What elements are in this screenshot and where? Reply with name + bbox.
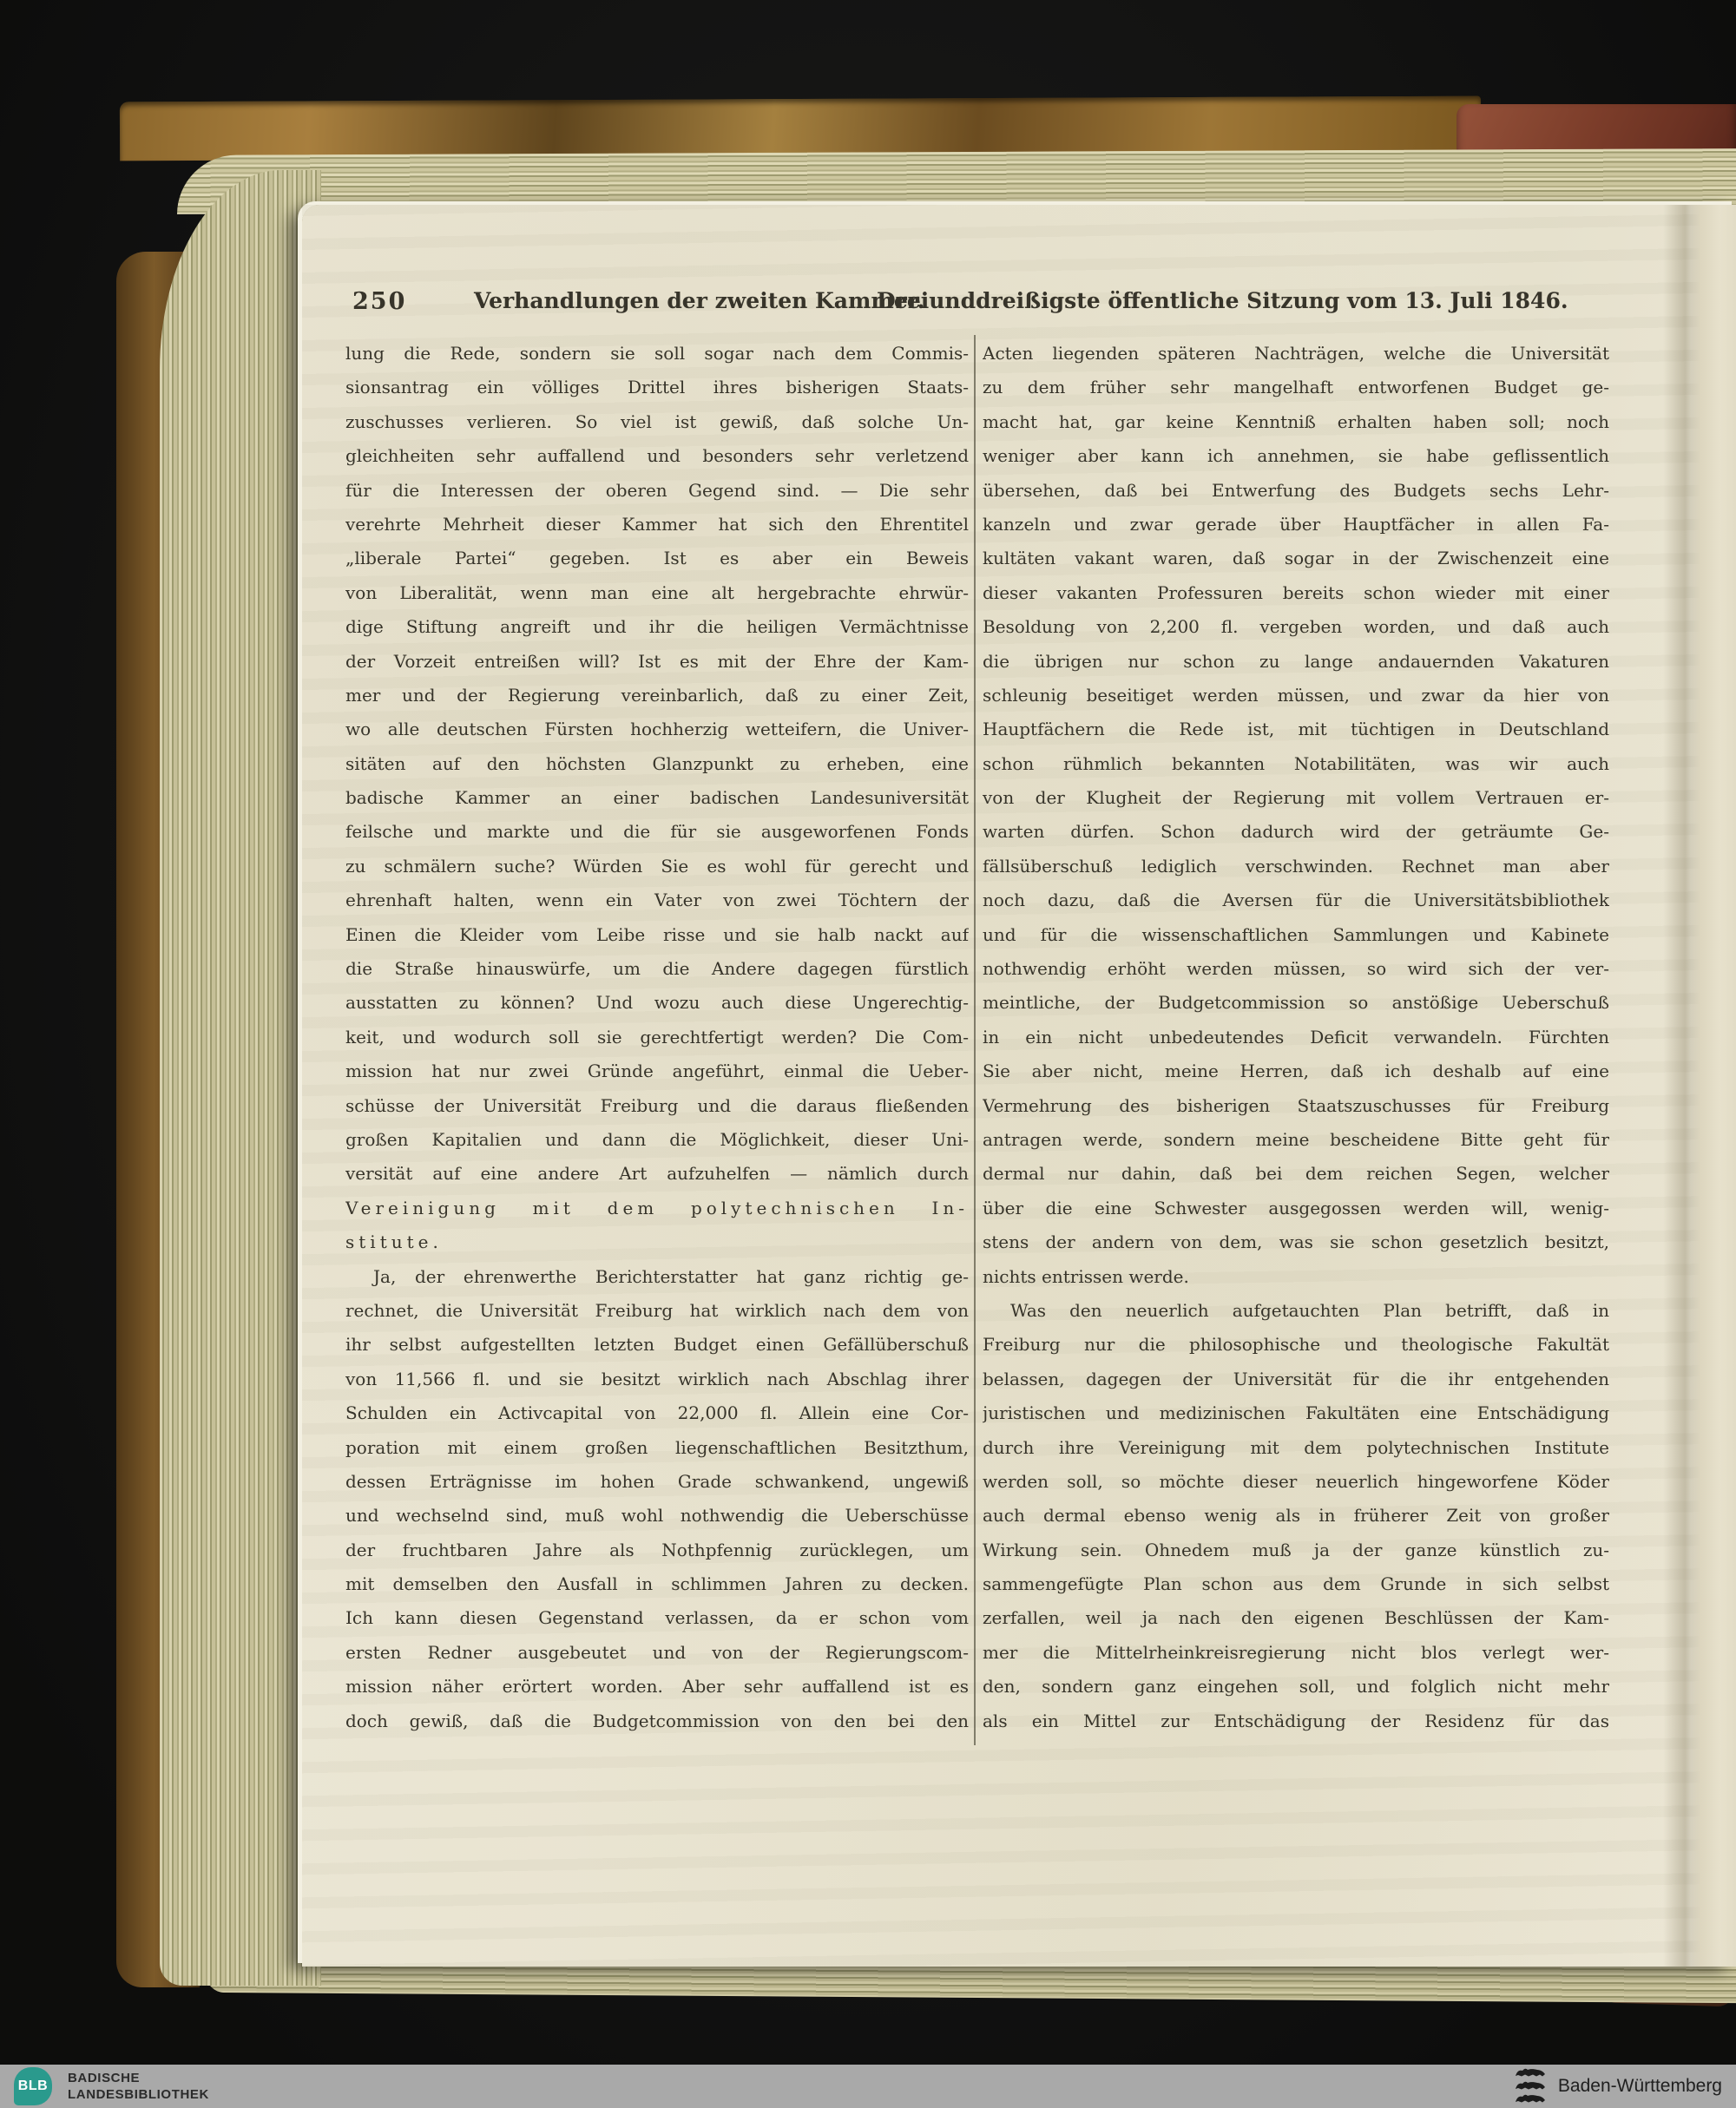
text-line: kanzeln und zwar gerade über Hauptfächer…: [983, 508, 1609, 542]
text-line: ihr selbst aufgestellten letzten Budget …: [345, 1328, 969, 1362]
text-line: keit, und wodurch soll sie gerechtfertig…: [345, 1021, 969, 1054]
text-line: kultäten vakant waren, daß sogar in der …: [983, 542, 1609, 575]
text-line: Freiburg nur die philosophische und theo…: [983, 1328, 1609, 1362]
text-line: rechnet, die Universität Freiburg hat wi…: [345, 1294, 969, 1328]
running-header-session: Dreiunddreißigste öffentliche Sitzung vo…: [877, 288, 1568, 313]
text-line: gleichheiten sehr auffallend und besonde…: [345, 439, 969, 473]
library-brand: BLB BADISCHE LANDESBIBLIOTHEK: [14, 2065, 209, 2108]
text-line: großen Kapitalien und dann die Möglichke…: [345, 1123, 969, 1157]
text-line: ehrenhaft halten, wenn ein Vater von zwe…: [345, 883, 969, 917]
text-line: Wirkung sein. Ohnedem muß ja der ganze k…: [983, 1533, 1609, 1567]
page-number: 250: [352, 288, 406, 315]
text-line: stens der andern von dem, was sie schon …: [983, 1225, 1609, 1259]
text-line: mer die Mittelrheinkreisregierung nicht …: [983, 1636, 1609, 1670]
watermark-footer-bar: BLB BADISCHE LANDESBIBLIOTHEK Baden-Würt…: [0, 2065, 1736, 2108]
text-line: macht hat, gar keine Kenntniß erhalten h…: [983, 405, 1609, 439]
text-line: zerfallen, weil ja nach den eigenen Besc…: [983, 1601, 1609, 1635]
text-column-right: Acten liegenden späteren Nachträgen, wel…: [983, 337, 1609, 1738]
text-line: über die eine Schwester ausgegossen werd…: [983, 1192, 1609, 1225]
text-line: durch ihre Vereinigung mit dem polytechn…: [983, 1431, 1609, 1465]
text-line: lung die Rede, sondern sie soll sogar na…: [345, 337, 969, 371]
text-line: zu dem früher sehr mangelhaft entworfene…: [983, 371, 1609, 404]
text-line: antragen werde, sondern meine bescheiden…: [983, 1123, 1609, 1157]
text-line: stitute.: [345, 1225, 969, 1259]
text-line: werden soll, so möchte dieser neuerlich …: [983, 1465, 1609, 1499]
text-line: wo alle deutschen Fürsten hochherzig wet…: [345, 713, 969, 746]
text-line: für die Interessen der oberen Gegend sin…: [345, 474, 969, 508]
text-line: schüsse der Universität Freiburg und die…: [345, 1089, 969, 1123]
text-line: zu schmälern suche? Würden Sie es wohl f…: [345, 850, 969, 883]
text-line: als ein Mittel zur Entschädigung der Res…: [983, 1704, 1609, 1738]
text-line: Schulden ein Activcapital von 22,000 fl.…: [345, 1396, 969, 1430]
text-line: versität auf eine andere Art aufzuhelfen…: [345, 1157, 969, 1191]
text-line: verehrte Mehrheit dieser Kammer hat sich…: [345, 508, 969, 542]
text-line: feilsche und markte und die für sie ausg…: [345, 815, 969, 849]
text-line: schleunig beseitiget werden müssen, und …: [983, 679, 1609, 713]
state-name-label: Baden-Württemberg: [1558, 2076, 1722, 2097]
text-line: Vereinigung mit dem polytechnischen In-: [345, 1192, 969, 1225]
text-line: poration mit einem großen liegenschaftli…: [345, 1431, 969, 1465]
text-line: von 11,566 fl. und sie besitzt wirklich …: [345, 1363, 969, 1396]
text-line: meintliche, der Budgetcommission so anst…: [983, 986, 1609, 1020]
baden-wuerttemberg-lions-icon: [1515, 2067, 1546, 2105]
text-line: warten dürfen. Schon dadurch wird der ge…: [983, 815, 1609, 849]
text-line: den, sondern ganz eingehen soll, und fol…: [983, 1670, 1609, 1704]
text-line: noch dazu, daß die Aversen für die Unive…: [983, 883, 1609, 917]
text-line: dermal nur dahin, daß bei dem reichen Se…: [983, 1157, 1609, 1191]
text-line: sitäten auf den höchsten Glanzpunkt zu e…: [345, 747, 969, 781]
text-line: belassen, dagegen der Universität für di…: [983, 1363, 1609, 1396]
text-line: Was den neuerlich aufgetauchten Plan bet…: [983, 1294, 1609, 1328]
text-line: dessen Erträgnisse im hohen Grade schwan…: [345, 1465, 969, 1499]
text-line: Vermehrung des bisherigen Staatszuschuss…: [983, 1089, 1609, 1123]
library-name: BADISCHE LANDESBIBLIOTHEK: [68, 2070, 209, 2104]
blb-logo-text: BLB: [18, 2078, 48, 2094]
text-line: von der Klugheit der Regierung mit volle…: [983, 781, 1609, 815]
text-line: mit demselben den Ausfall in schlimmen J…: [345, 1567, 969, 1601]
text-line: Besoldung von 2,200 fl. vergeben worden,…: [983, 610, 1609, 644]
text-line: mer und der Regierung vereinbarlich, daß…: [345, 679, 969, 713]
text-line: mission hat nur zwei Gründe angeführt, e…: [345, 1054, 969, 1088]
page-block-left-edges: [160, 170, 321, 1986]
text-column-left: lung die Rede, sondern sie soll sogar na…: [345, 337, 969, 1738]
text-line: Hauptfächern die Rede ist, mit tüchtigen…: [983, 713, 1609, 746]
page-fold-gutter: [1663, 205, 1736, 1967]
text-line: Einen die Kleider vom Leibe risse und si…: [345, 918, 969, 952]
text-line: dige Stiftung angreift und ihr die heili…: [345, 610, 969, 644]
text-line: dieser vakanten Professuren bereits scho…: [983, 576, 1609, 610]
text-line: Sie aber nicht, meine Herren, daß ich de…: [983, 1054, 1609, 1088]
text-line: die übrigen nur schon zu lange andauernd…: [983, 645, 1609, 679]
text-line: sionsantrag ein völliges Drittel ihres b…: [345, 371, 969, 404]
text-line: Ja, der ehrenwerthe Berichterstatter hat…: [345, 1260, 969, 1294]
scanned-book-page: 250 Verhandlungen der zweiten Kammer. Dr…: [302, 205, 1736, 1967]
running-header: 250 Verhandlungen der zweiten Kammer. Dr…: [302, 286, 1736, 323]
text-line: Acten liegenden späteren Nachträgen, wel…: [983, 337, 1609, 371]
state-brand: Baden-Württemberg: [1515, 2065, 1722, 2108]
column-divider-rule: [974, 335, 976, 1745]
text-line: der Vorzeit entreißen will? Ist es mit d…: [345, 645, 969, 679]
text-line: sammengefügte Plan schon aus dem Grunde …: [983, 1567, 1609, 1601]
text-line: übersehen, daß bei Entwerfung des Budget…: [983, 474, 1609, 508]
text-line: doch gewiß, daß die Budgetcommission von…: [345, 1704, 969, 1738]
book-scan-scene: 250 Verhandlungen der zweiten Kammer. Dr…: [0, 0, 1736, 2108]
text-line: die Straße hinauswürfe, um die Andere da…: [345, 952, 969, 986]
text-line: von Liberalität, wenn man eine alt herge…: [345, 576, 969, 610]
running-header-title: Verhandlungen der zweiten Kammer.: [474, 288, 924, 313]
text-line: und für die wissenschaftlichen Sammlunge…: [983, 918, 1609, 952]
text-line: fällsüberschuß lediglich verschwinden. R…: [983, 850, 1609, 883]
text-line: schon rühmlich bekannten Notabilitäten, …: [983, 747, 1609, 781]
library-name-line2: LANDESBIBLIOTHEK: [68, 2086, 209, 2104]
text-line: ersten Redner ausgebeutet und von der Re…: [345, 1636, 969, 1670]
text-line: der fruchtbaren Jahre als Nothpfennig zu…: [345, 1533, 969, 1567]
text-line: „liberale Partei“ gegeben. Ist es aber e…: [345, 542, 969, 575]
text-line: und wechselnd sind, muß wohl nothwendig …: [345, 1499, 969, 1533]
library-name-line1: BADISCHE: [68, 2070, 209, 2087]
text-line: ausstatten zu können? Und wozu auch dies…: [345, 986, 969, 1020]
text-line: auch dermal ebenso wenig als in früherer…: [983, 1499, 1609, 1533]
text-line: nothwendig erhöht werden müssen, so wird…: [983, 952, 1609, 986]
text-line: weniger aber kann ich annehmen, sie habe…: [983, 439, 1609, 473]
text-line: badische Kammer an einer badischen Lande…: [345, 781, 969, 815]
text-line: in ein nicht unbedeutendes Deficit verwa…: [983, 1021, 1609, 1054]
blb-logo-icon: BLB: [14, 2067, 52, 2105]
text-line: zuschusses verlieren. So viel ist gewiß,…: [345, 405, 969, 439]
text-line: juristischen und medizinischen Fakultäte…: [983, 1396, 1609, 1430]
text-line: mission näher erörtert worden. Aber sehr…: [345, 1670, 969, 1704]
text-line: nichts entrissen werde.: [983, 1260, 1609, 1294]
text-line: Ich kann diesen Gegenstand verlassen, da…: [345, 1601, 969, 1635]
